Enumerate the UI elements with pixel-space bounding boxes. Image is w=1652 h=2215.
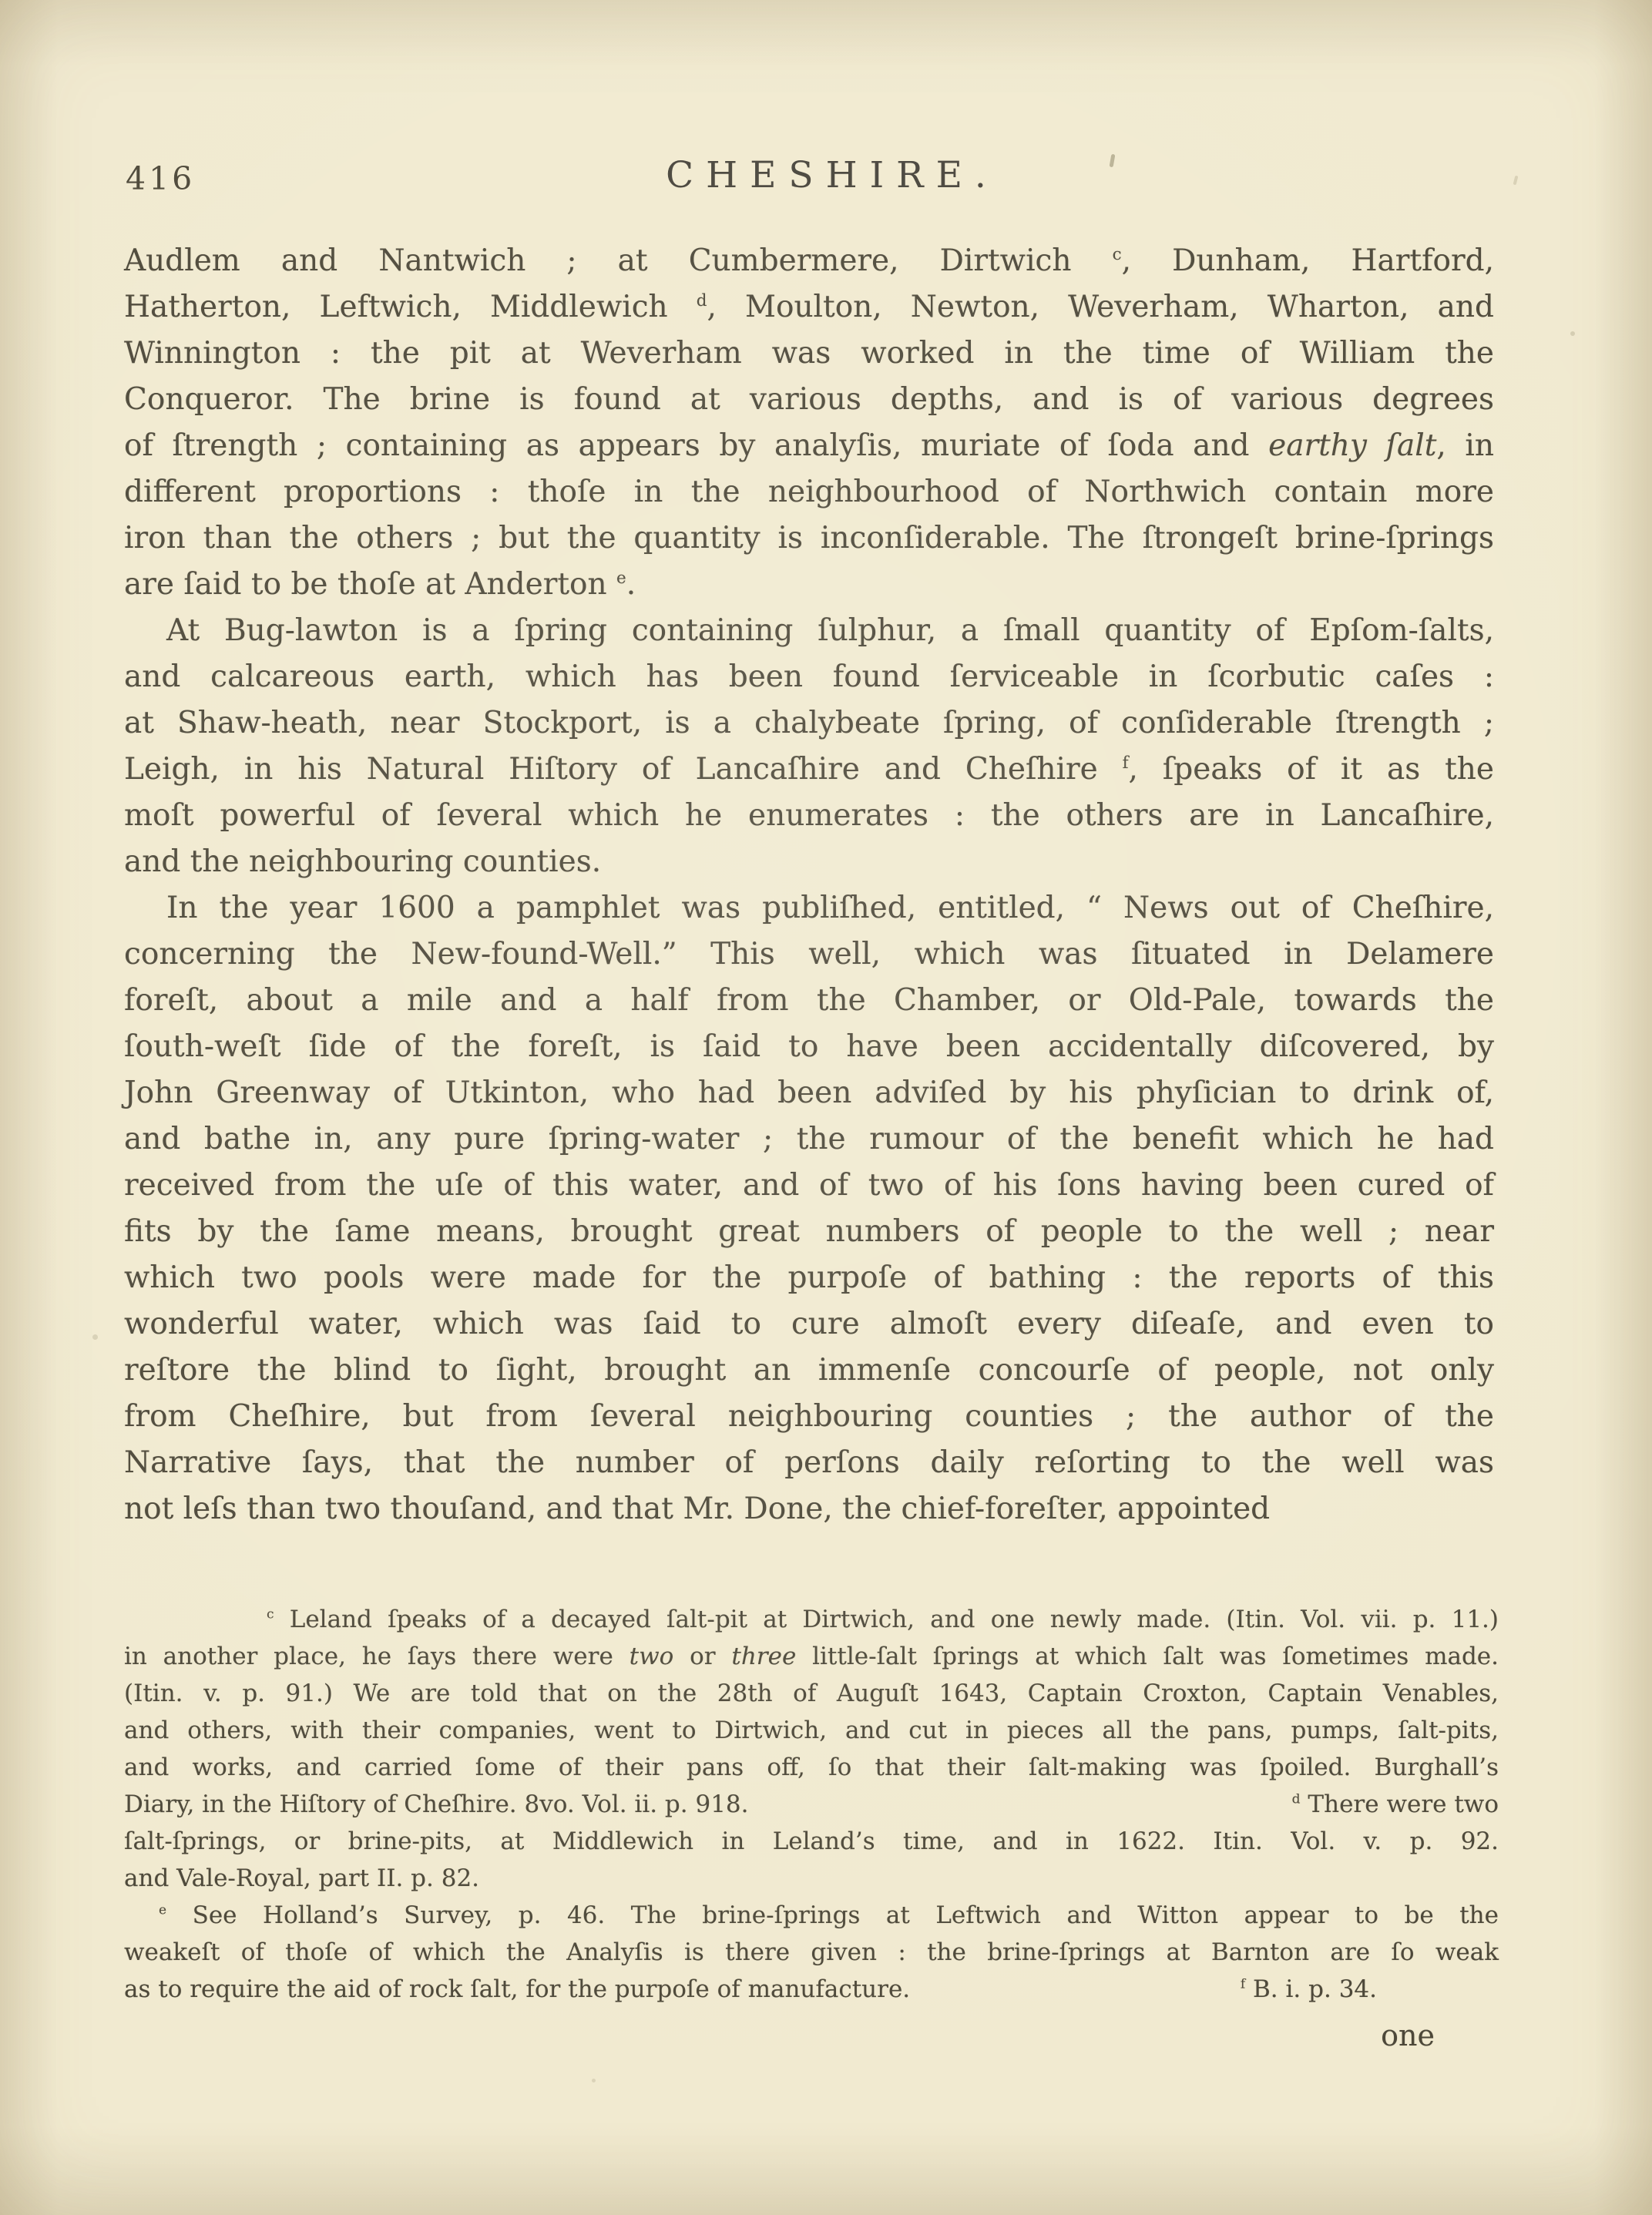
footnote-marker: e [616,569,626,588]
footnote-marker: c [1113,245,1122,264]
text-line: and the neighbouring counties. [124,839,1494,885]
text-segment: different proportions : thoſe in the nei… [124,475,1494,509]
text-segment: Diary, in the Hiſtory of Cheſhire. 8vo. … [124,1790,749,1818]
text-segment: foreſt, about a mile and a half from the… [124,983,1494,1018]
text-line: in another place, he ſays there were two… [124,1638,1499,1675]
line-right: d There were two [1292,1786,1499,1823]
footnote-marker: d [1292,1792,1301,1807]
text-segment: Hatherton, Leftwich, Middlewich [124,290,697,324]
text-segment: of ſtrength ; containing as appears by a… [124,428,1268,463]
paper-speck [92,1334,98,1340]
text-line: and calcareous earth, which has been fou… [124,654,1494,700]
text-segment: and the neighbouring counties. [124,844,601,879]
footnote-marker: f [1123,753,1129,773]
text-segment: , ſpeaks of it as the [1129,752,1494,787]
footnote-marker: c [267,1607,274,1623]
text-segment: concerning the New-found-Well.” This wel… [124,937,1494,972]
text-line: e See Holland’s Survey, p. 46. The brine… [124,1897,1499,1934]
text-segment: . [626,567,636,602]
text-segment: B. i. p. 34. [1245,1975,1377,2003]
text-segment: ſalt-ſprings, or brine-pits, at Middlewi… [124,1827,1499,1855]
text-segment: Audlem and Nantwich ; at Cumbermere, Dir… [124,243,1113,278]
text-segment: (Itin. v. p. 91.) We are told that on th… [124,1680,1499,1707]
text-line: ſouth-weſt ſide of the foreſt, is ſaid t… [124,1024,1494,1070]
text-line: and others, with their companies, went t… [124,1712,1499,1749]
italic-text: two [630,1643,674,1670]
text-segment: received from the uſe of this water, and… [124,1168,1494,1203]
book-page: 416 CHESHIRE. Audlem and Nantwich ; at C… [0,0,1652,2215]
text-line: ſalt-ſprings, or brine-pits, at Middlewi… [124,1823,1499,1860]
text-segment: little-ſalt ſprings at which ſalt was ſo… [796,1643,1499,1670]
text-segment: ſouth-weſt ſide of the foreſt, is ſaid t… [124,1029,1494,1064]
text-segment: and bathe in, any pure ſpring-water ; th… [124,1122,1494,1156]
text-line: moſt powerful of ſeveral which he enumer… [124,793,1494,839]
page-title: CHESHIRE. [0,154,1652,196]
text-line: Leigh, in his Natural Hiſtory of Lancaſh… [124,747,1494,793]
text-line: Conqueror. The brine is found at various… [124,377,1494,423]
text-segment: from Cheſhire, but from ſeveral neighbou… [124,1399,1494,1434]
text-segment: , Dunham, Hartford, [1122,243,1494,278]
text-segment: wonderful water, which was ſaid to cure … [124,1307,1494,1341]
text-segment: as to require the aid of rock ſalt, for … [124,1975,910,2003]
paper-speck [592,2079,596,2082]
line-left: as to require the aid of rock ſalt, for … [124,1971,910,2008]
text-segment: See Holland’s Survey, p. 46. The brine-ſ… [166,1901,1499,1929]
text-segment: which two pools were made for the purpoſ… [124,1260,1494,1295]
text-segment: iron than the others ; but the quantity … [124,521,1494,555]
text-segment: in another place, he ſays there were [124,1643,630,1670]
text-line: which two pools were made for the purpoſ… [124,1255,1494,1301]
text-line: and bathe in, any pure ſpring-water ; th… [124,1116,1494,1163]
text-segment: , Moulton, Newton, Weverham, Wharton, an… [707,290,1494,324]
italic-text: earthy ſalt [1268,428,1436,463]
text-segment: , in [1436,428,1494,463]
text-segment: are ſaid to be thoſe at Anderton [124,567,616,602]
text-line: Hatherton, Leftwich, Middlewich d, Moult… [124,284,1494,331]
text-line: as to require the aid of rock ſalt, for … [124,1971,1499,2008]
text-line: fits by the ſame means, brought great nu… [124,1209,1494,1255]
text-segment: not leſs than two thouſand, and that Mr.… [124,1492,1270,1526]
text-segment: At Bug-lawton is a ſpring containing ſul… [166,613,1494,648]
text-line: In the year 1600 a pamphlet was publiſhe… [124,885,1494,931]
text-line: reſtore the blind to ſight, brought an i… [124,1347,1494,1394]
text-segment: fits by the ſame means, brought great nu… [124,1214,1494,1249]
text-line: wonderful water, which was ſaid to cure … [124,1301,1494,1347]
text-segment: There were two [1301,1790,1499,1818]
text-segment: Narrative ſays, that the number of perſo… [124,1445,1494,1480]
text-line: c Leland ſpeaks of a decayed ſalt-pit at… [124,1601,1499,1638]
text-line: Narrative ſays, that the number of perſo… [124,1440,1494,1486]
text-line: Audlem and Nantwich ; at Cumbermere, Dir… [124,238,1494,284]
text-segment: and works, and carried ſome of their pan… [124,1754,1499,1781]
text-line: (Itin. v. p. 91.) We are told that on th… [124,1675,1499,1712]
text-line: different proportions : thoſe in the nei… [124,469,1494,515]
text-segment: and calcareous earth, which has been fou… [124,659,1494,694]
text-line: iron than the others ; but the quantity … [124,515,1494,562]
text-segment: In the year 1600 a pamphlet was publiſhe… [166,891,1494,925]
catchword: one [1381,2019,1435,2052]
text-line: of ſtrength ; containing as appears by a… [124,423,1494,469]
footnote-marker: e [159,1903,166,1918]
text-segment: Leland ſpeaks of a decayed ſalt-pit at D… [274,1606,1499,1633]
text-segment: and others, with their companies, went t… [124,1717,1499,1744]
text-segment: weakeſt of thoſe of which the Analyſis i… [124,1938,1499,1966]
line-left: Diary, in the Hiſtory of Cheſhire. 8vo. … [124,1786,749,1823]
body-text: Audlem and Nantwich ; at Cumbermere, Dir… [124,238,1494,1532]
text-line: received from the uſe of this water, and… [124,1163,1494,1209]
text-segment: reſtore the blind to ſight, brought an i… [124,1353,1494,1388]
footnotes: c Leland ſpeaks of a decayed ſalt-pit at… [124,1601,1499,2008]
line-right: f B. i. p. 34. [1241,1971,1377,2008]
text-segment: at Shaw-heath, near Stockport, is a chal… [124,706,1494,740]
text-segment: Conqueror. The brine is found at various… [124,382,1494,417]
text-line: At Bug-lawton is a ſpring containing ſul… [124,608,1494,654]
text-line: weakeſt of thoſe of which the Analyſis i… [124,1934,1499,1971]
text-line: Winnington : the pit at Weverham was wor… [124,331,1494,377]
text-line: from Cheſhire, but from ſeveral neighbou… [124,1394,1494,1440]
text-segment: John Greenway of Utkinton, who had been … [124,1076,1494,1110]
text-line: at Shaw-heath, near Stockport, is a chal… [124,700,1494,747]
text-segment: Winnington : the pit at Weverham was wor… [124,336,1494,371]
text-segment: moſt powerful of ſeveral which he enumer… [124,798,1494,833]
text-line: concerning the New-found-Well.” This wel… [124,931,1494,978]
text-segment: and Vale-Royal, part II. p. 82. [124,1864,479,1892]
text-line: foreſt, about a mile and a half from the… [124,978,1494,1024]
text-line: are ſaid to be thoſe at Anderton e. [124,562,1494,608]
text-segment: or [673,1643,731,1670]
text-line: not leſs than two thouſand, and that Mr.… [124,1486,1494,1532]
text-line: John Greenway of Utkinton, who had been … [124,1070,1494,1116]
footnote-marker: d [697,291,707,310]
text-line: and works, and carried ſome of their pan… [124,1749,1499,1786]
italic-text: three [731,1643,796,1670]
text-line: Diary, in the Hiſtory of Cheſhire. 8vo. … [124,1786,1499,1823]
paper-speck [1570,331,1575,336]
text-line: and Vale-Royal, part II. p. 82. [124,1860,1499,1897]
text-segment: Leigh, in his Natural Hiſtory of Lancaſh… [124,752,1123,787]
